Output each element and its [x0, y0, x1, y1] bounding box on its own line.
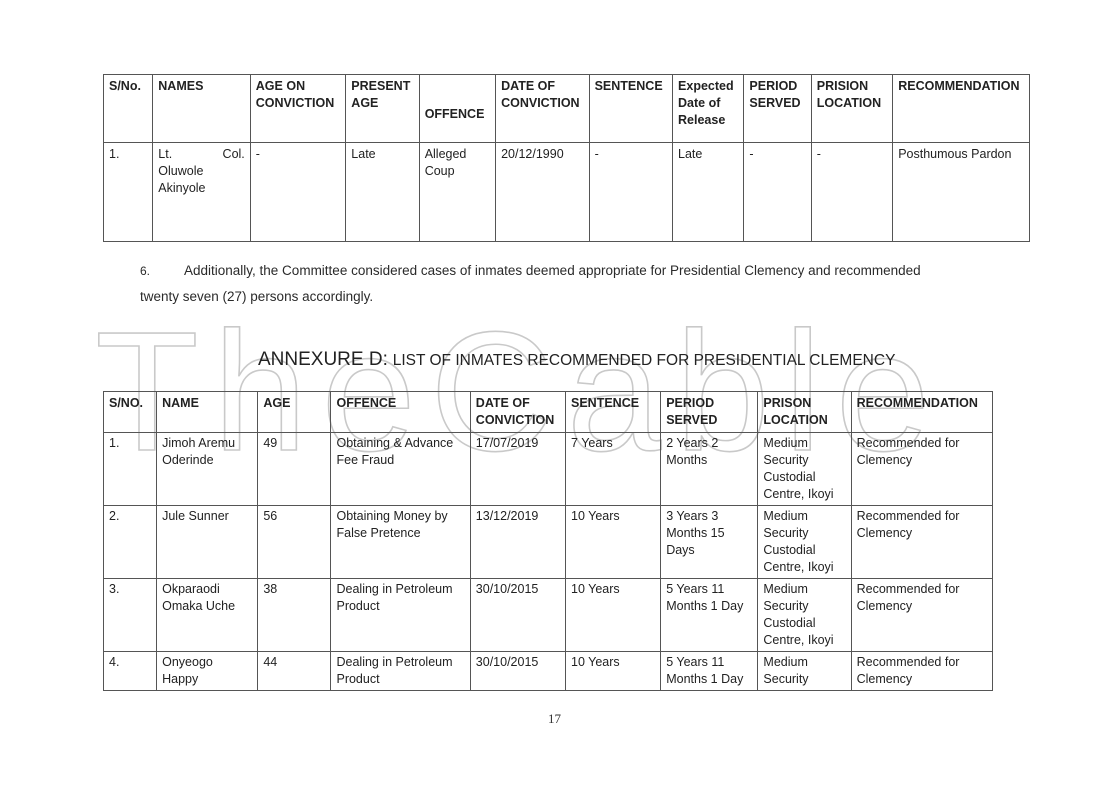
cell-age: 44 [258, 652, 331, 691]
header-date-of-conviction: DATE OF CONVICTION [470, 392, 565, 433]
header-present-age: PRESENT AGE [346, 75, 419, 143]
header-prison-location: PRISON LOCATION [758, 392, 851, 433]
cell-age: 56 [258, 506, 331, 579]
cell-sentence: 10 Years [566, 579, 661, 652]
header-sentence: SENTENCE [566, 392, 661, 433]
cell-sno: 1. [104, 143, 153, 242]
cell-location: Medium Security [758, 652, 851, 691]
cell-name: Okparaodi Omaka Uche [157, 579, 258, 652]
header-name: NAME [157, 392, 258, 433]
cell-recommendation: Recommended for Clemency [851, 506, 992, 579]
cell-date-of-conviction: 20/12/1990 [496, 143, 590, 242]
cell-name: Jule Sunner [157, 506, 258, 579]
header-expected-release: Expected Date of Release [673, 75, 744, 143]
cell-present-age: Late [346, 143, 419, 242]
cell-offence: Dealing in Petroleum Product [331, 579, 470, 652]
cell-sno: 2. [104, 506, 157, 579]
table-row: 4. Onyeogo Happy 44 Dealing in Petroleum… [104, 652, 993, 691]
cell-sno: 1. [104, 433, 157, 506]
table-row: 3. Okparaodi Omaka Uche 38 Dealing in Pe… [104, 579, 993, 652]
cell-date: 30/10/2015 [470, 652, 565, 691]
cell-recommendation: Recommended for Clemency [851, 433, 992, 506]
cell-period-served: - [744, 143, 811, 242]
header-sno: S/NO. [104, 392, 157, 433]
header-sentence: SENTENCE [589, 75, 672, 143]
cell-expected-release: Late [673, 143, 744, 242]
cell-age: 49 [258, 433, 331, 506]
cell-sentence: 10 Years [566, 506, 661, 579]
cell-sno: 4. [104, 652, 157, 691]
header-recommendation: RECOMMENDATION [851, 392, 992, 433]
header-date-of-conviction: DATE OF CONVICTION [496, 75, 590, 143]
paragraph-text: Additionally, the Committee considered c… [140, 263, 921, 304]
header-recommendation: RECOMMENDATION [893, 75, 1030, 143]
paragraph-number: 6. [140, 259, 184, 284]
cell-sentence: 7 Years [566, 433, 661, 506]
cell-name: Lt. Col. Oluwole Akinyole [153, 143, 251, 242]
name-text: Oluwole Akinyole [158, 163, 245, 197]
header-prison-location: PRISION LOCATION [811, 75, 892, 143]
header-period-served: PERIOD SERVED [661, 392, 758, 433]
table-header-row: S/No. NAMES AGE ON CONVICTION PRESENT AG… [104, 75, 1030, 143]
header-age: AGE [258, 392, 331, 433]
cell-sno: 3. [104, 579, 157, 652]
header-offence: OFFENCE [331, 392, 470, 433]
annexure-title: LIST OF INMATES RECOMMENDED FOR PRESIDEN… [393, 352, 896, 369]
table-header-row: S/NO. NAME AGE OFFENCE DATE OF CONVICTIO… [104, 392, 993, 433]
table-row: 1. Jimoh Aremu Oderinde 49 Obtaining & A… [104, 433, 993, 506]
cell-offence: Obtaining Money by False Pretence [331, 506, 470, 579]
cell-location: Medium Security Custodial Centre, Ikoyi [758, 433, 851, 506]
cell-sentence: 10 Years [566, 652, 661, 691]
cell-sentence: - [589, 143, 672, 242]
name-prefix: Lt. Col. [158, 146, 245, 163]
header-sno: S/No. [104, 75, 153, 143]
cell-period: 5 Years 11 Months 1 Day [661, 579, 758, 652]
header-age-on-conviction: AGE ON CONVICTION [250, 75, 346, 143]
cell-age-on-conviction: - [250, 143, 346, 242]
cell-date: 13/12/2019 [470, 506, 565, 579]
cell-recommendation: Recommended for Clemency [851, 579, 992, 652]
cell-location: Medium Security Custodial Centre, Ikoyi [758, 506, 851, 579]
cell-prison-location: - [811, 143, 892, 242]
cell-period: 2 Years 2 Months [661, 433, 758, 506]
cell-offence: Alleged Coup [419, 143, 495, 242]
cell-recommendation: Posthumous Pardon [893, 143, 1030, 242]
cell-age: 38 [258, 579, 331, 652]
annexure-label: ANNEXURE D: [258, 349, 388, 370]
annexure-heading: ANNEXURE D: LIST OF INMATES RECOMMENDED … [258, 349, 895, 371]
header-period-served: PERIOD SERVED [744, 75, 811, 143]
cell-offence: Dealing in Petroleum Product [331, 652, 470, 691]
clemency-table: S/NO. NAME AGE OFFENCE DATE OF CONVICTIO… [103, 391, 993, 691]
posthumous-pardon-table: S/No. NAMES AGE ON CONVICTION PRESENT AG… [103, 74, 1030, 242]
cell-period: 3 Years 3 Months 15 Days [661, 506, 758, 579]
cell-period: 5 Years 11 Months 1 Day [661, 652, 758, 691]
cell-recommendation: Recommended for Clemency [851, 652, 992, 691]
table-row: 1. Lt. Col. Oluwole Akinyole - Late Alle… [104, 143, 1030, 242]
cell-name: Jimoh Aremu Oderinde [157, 433, 258, 506]
cell-date: 17/07/2019 [470, 433, 565, 506]
cell-offence: Obtaining & Advance Fee Fraud [331, 433, 470, 506]
page-number: 17 [548, 711, 561, 727]
header-offence: OFFENCE [419, 75, 495, 143]
cell-location: Medium Security Custodial Centre, Ikoyi [758, 579, 851, 652]
header-names: NAMES [153, 75, 251, 143]
cell-name: Onyeogo Happy [157, 652, 258, 691]
paragraph-6: 6.Additionally, the Committee considered… [140, 258, 940, 309]
table-row: 2. Jule Sunner 56 Obtaining Money by Fal… [104, 506, 993, 579]
cell-date: 30/10/2015 [470, 579, 565, 652]
